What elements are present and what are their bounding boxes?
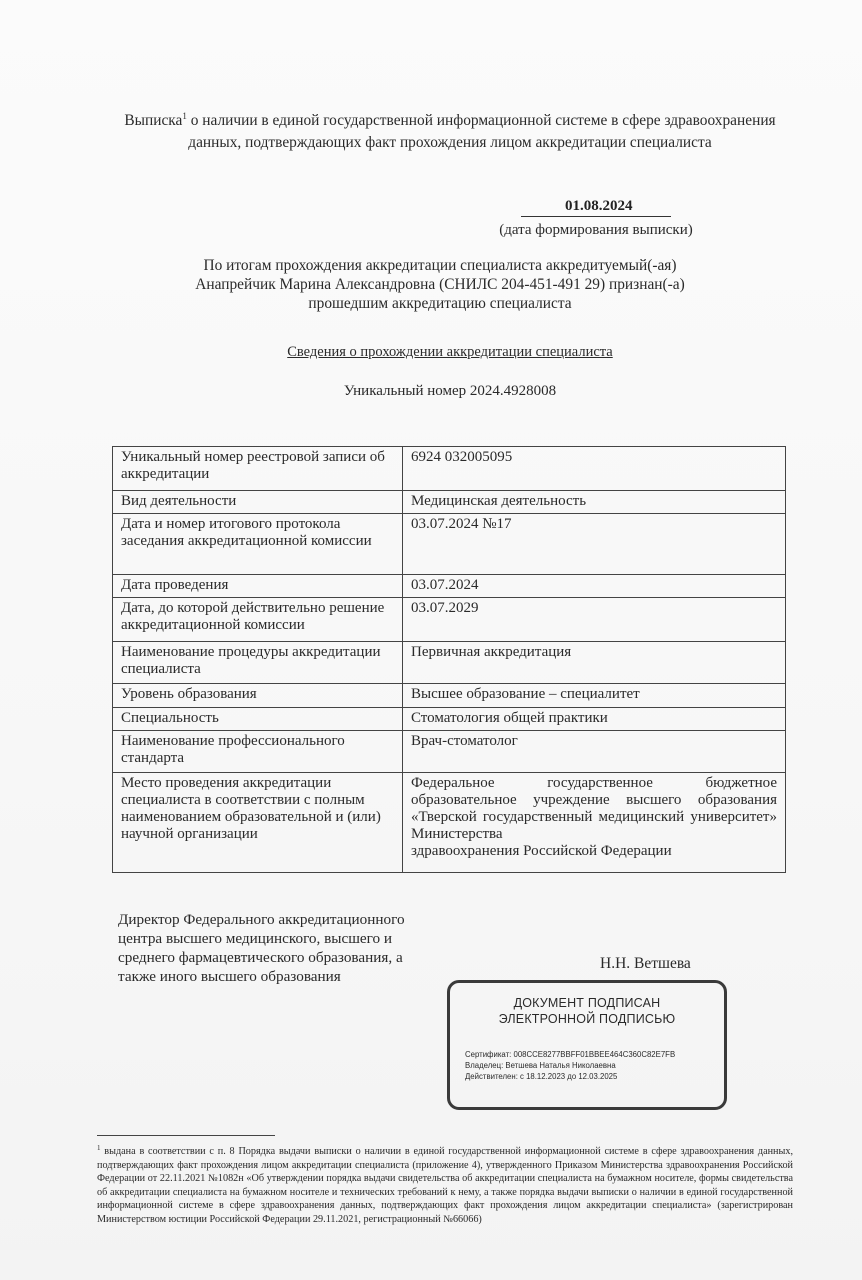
intro-line-3: прошедшим аккредитацию специалиста — [150, 294, 730, 313]
title-lead: Выписка — [124, 112, 182, 129]
document-title: Выписка1 о наличии в единой государствен… — [100, 110, 800, 154]
document-page: Выписка1 о наличии в единой государствен… — [0, 0, 862, 1280]
row-label: Дата, до которой действительно решение а… — [113, 598, 403, 642]
row-value-last-line: здравоохранения Российской Федерации — [411, 843, 777, 860]
stamp-certificate: Сертификат: 008CCE8277BBFF01BBEE464C360C… — [465, 1049, 675, 1060]
stamp-heading-line-2: ЭЛЕКТРОННОЙ ПОДПИСЬЮ — [450, 1011, 724, 1027]
unique-number: Уникальный номер 2024.4928008 — [250, 383, 650, 400]
row-value: 03.07.2029 — [403, 598, 786, 642]
footnote-divider — [97, 1135, 275, 1136]
stamp-owner: Владелец: Ветшева Наталья Николаевна — [465, 1060, 675, 1071]
stamp-heading-line-1: ДОКУМЕНТ ПОДПИСАН — [450, 995, 724, 1011]
row-label: Вид деятельности — [113, 491, 403, 514]
row-label: Наименование процедуры аккредитации спец… — [113, 642, 403, 684]
row-label: Специальность — [113, 708, 403, 731]
row-label: Дата проведения — [113, 575, 403, 598]
accreditation-table: Уникальный номер реестровой записи об ак… — [112, 446, 786, 873]
stamp-validity: Действителен: с 18.12.2023 до 12.03.2025 — [465, 1071, 675, 1082]
row-label: Уровень образования — [113, 684, 403, 708]
footnote-text: выдана в соответствии с п. 8 Порядка выд… — [97, 1146, 793, 1225]
intro-paragraph: По итогам прохождения аккредитации специ… — [150, 256, 730, 313]
row-value: 03.07.2024 — [403, 575, 786, 598]
issue-date-caption: (дата формирования выписки) — [476, 219, 716, 241]
table-row: Наименование процедуры аккредитации спец… — [113, 642, 786, 684]
row-label: Дата и номер итогового протокола заседан… — [113, 514, 403, 575]
table-row: Дата и номер итогового протокола заседан… — [113, 514, 786, 575]
table-row: Уникальный номер реестровой записи об ак… — [113, 447, 786, 491]
stamp-details: Сертификат: 008CCE8277BBFF01BBEE464C360C… — [465, 1049, 675, 1082]
table-row: Наименование профессионального стандарта… — [113, 731, 786, 773]
row-value: Медицинская деятельность — [403, 491, 786, 514]
row-value: Врач-стоматолог — [403, 731, 786, 773]
intro-line-2: Анапрейчик Марина Александровна (СНИЛС 2… — [150, 275, 730, 294]
signer-name: Н.Н. Ветшева — [600, 955, 691, 973]
row-label: Уникальный номер реестровой записи об ак… — [113, 447, 403, 491]
issue-date-block: 01.08.2024 (дата формирования выписки) — [476, 196, 716, 241]
title-rest: о наличии в единой государственной инфор… — [187, 112, 776, 151]
row-value: Стоматология общей практики — [403, 708, 786, 731]
table-row: Место проведения аккредитации специалист… — [113, 773, 786, 873]
row-value-main: Федеральное государственное бюджетное об… — [411, 775, 777, 842]
section-title: Сведения о прохождении аккредитации спец… — [250, 344, 650, 361]
table-row: Вид деятельности Медицинская деятельност… — [113, 491, 786, 514]
row-label: Наименование профессионального стандарта — [113, 731, 403, 773]
issue-date: 01.08.2024 — [521, 196, 671, 217]
intro-line-1: По итогам прохождения аккредитации специ… — [150, 256, 730, 275]
row-value: Высшее образование – специалитет — [403, 684, 786, 708]
row-value: 6924 032005095 — [403, 447, 786, 491]
table-row: Дата, до которой действительно решение а… — [113, 598, 786, 642]
electronic-signature-stamp: ДОКУМЕНТ ПОДПИСАН ЭЛЕКТРОННОЙ ПОДПИСЬЮ С… — [447, 980, 727, 1110]
table-row: Дата проведения 03.07.2024 — [113, 575, 786, 598]
table-row: Уровень образования Высшее образование –… — [113, 684, 786, 708]
row-value: Первичная аккредитация — [403, 642, 786, 684]
director-title: Директор Федерального аккредитационного … — [118, 910, 408, 986]
row-value: 03.07.2024 №17 — [403, 514, 786, 575]
row-label: Место проведения аккредитации специалист… — [113, 773, 403, 873]
row-value: Федеральное государственное бюджетное об… — [403, 773, 786, 873]
footnote: 1 выдана в соответствии с п. 8 Порядка в… — [97, 1145, 793, 1226]
table-row: Специальность Стоматология общей практик… — [113, 708, 786, 731]
stamp-heading: ДОКУМЕНТ ПОДПИСАН ЭЛЕКТРОННОЙ ПОДПИСЬЮ — [450, 995, 724, 1027]
